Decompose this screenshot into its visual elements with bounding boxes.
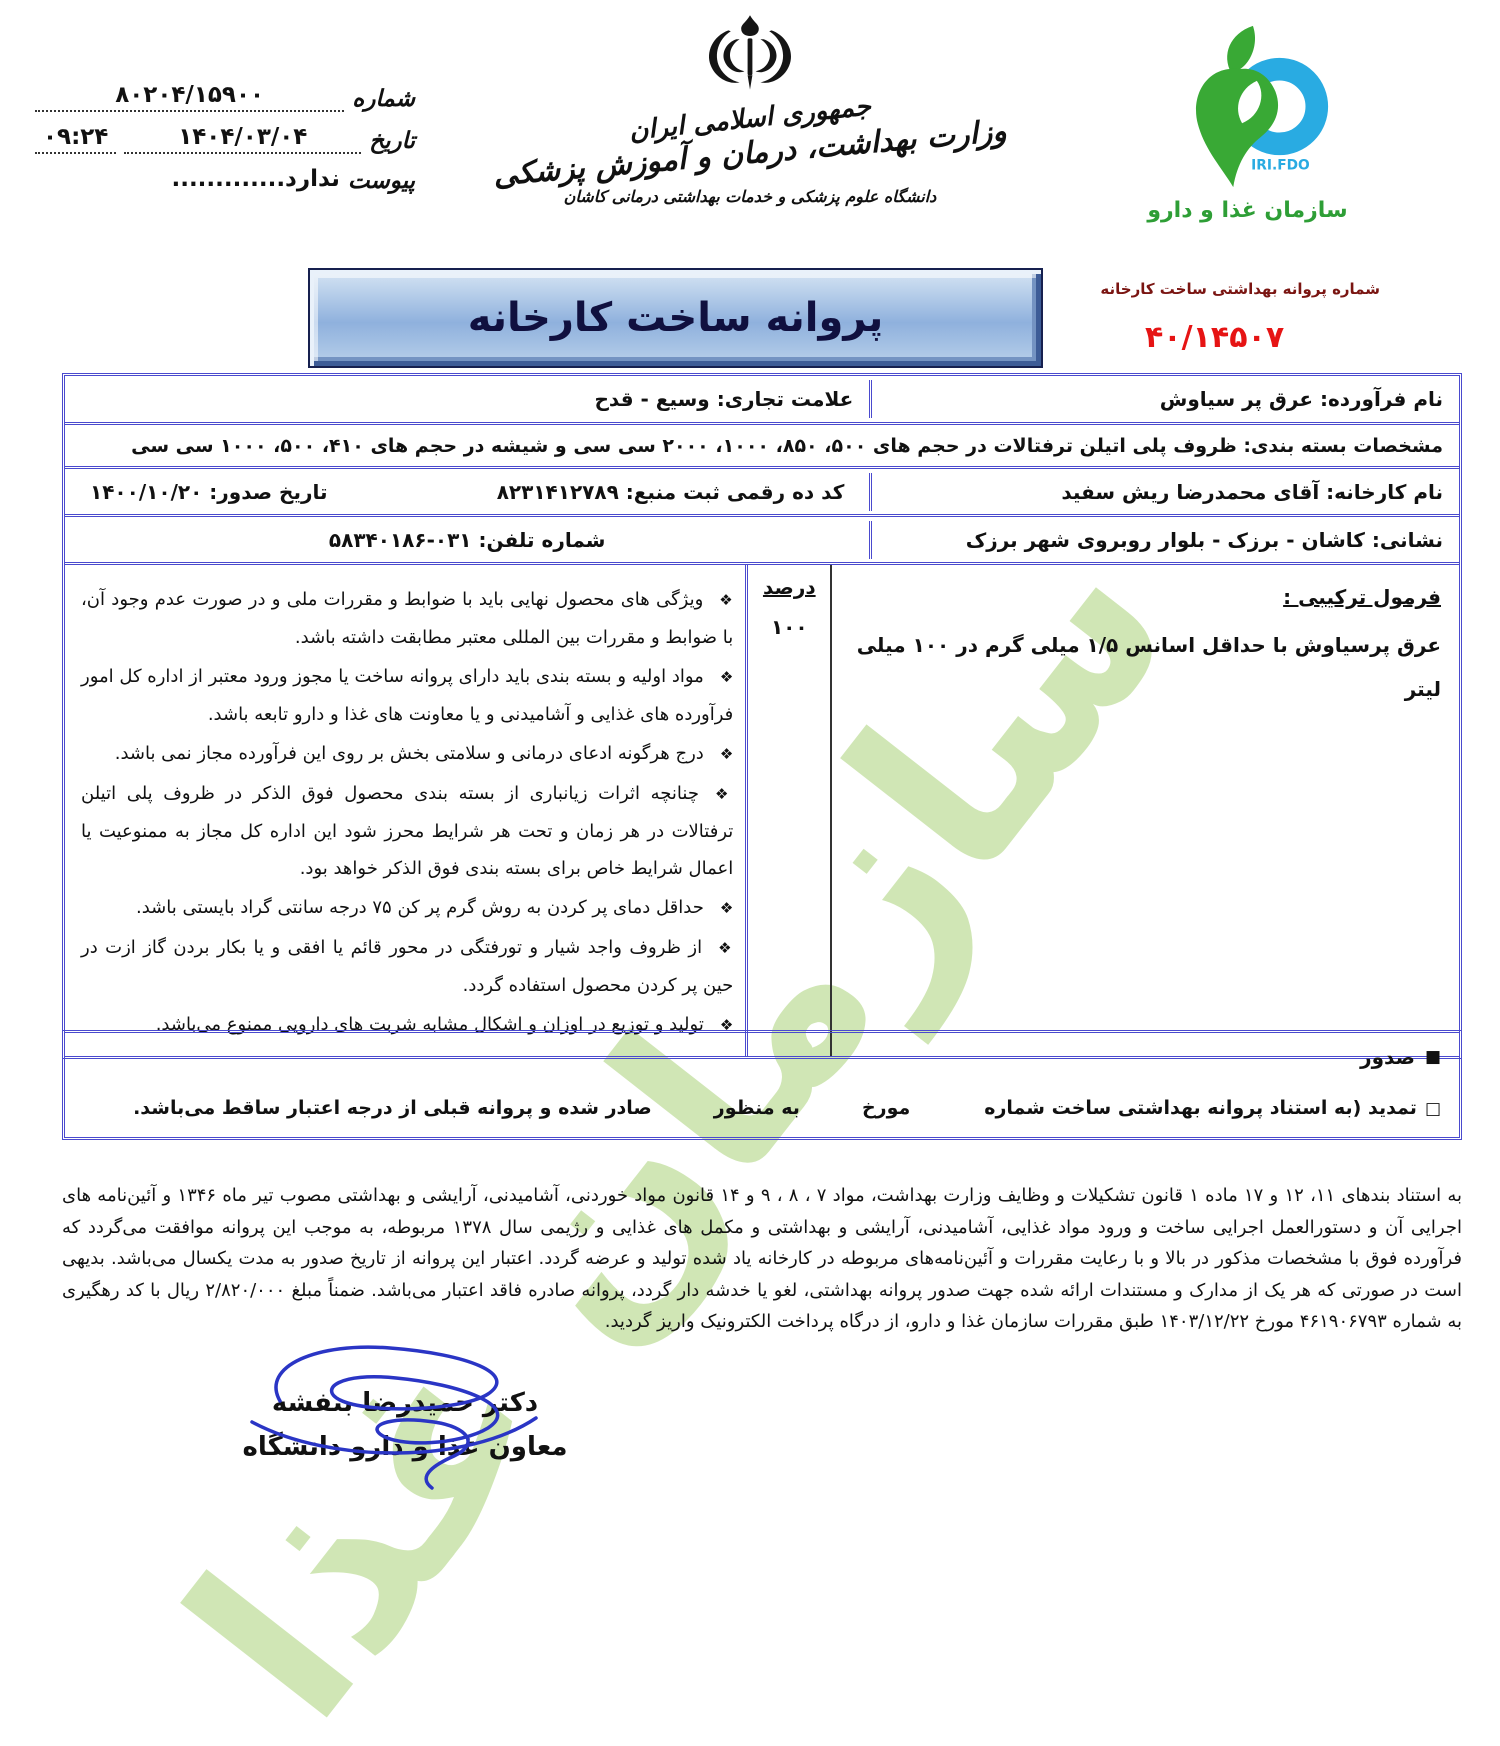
university-name: دانشگاه علوم پزشکی و خدمات بهداشتی درمان… xyxy=(470,187,1030,206)
condition-item: ❖درج هرگونه ادعای درمانی و سلامتی بخش بر… xyxy=(81,735,733,773)
issuance-line: ■ صدور xyxy=(83,1045,1441,1069)
renewal-prefix: تمدید (به استناد پروانه بهداشتی ساخت شما… xyxy=(984,1097,1417,1119)
condition-text: ویژگی های محصول نهایی باید با ضوابط و مق… xyxy=(81,589,733,648)
signatory-title: معاون غذا و دارو دانشگاه xyxy=(165,1432,645,1462)
table-row: نام کارخانه: آقای محمدرضا ریش سفید کد ده… xyxy=(65,466,1459,514)
diamond-bullet-icon: ❖ xyxy=(718,939,733,957)
fdo-org-name: سازمان غذا و دارو xyxy=(1120,198,1375,223)
factory-name-cell: نام کارخانه: آقای محمدرضا ریش سفید xyxy=(869,473,1459,511)
diamond-bullet-icon: ❖ xyxy=(715,785,733,803)
diamond-bullet-icon: ❖ xyxy=(720,899,733,917)
signature-block: دکتر حمیدرضا بنفشه معاون غذا و دارو دانش… xyxy=(165,1388,645,1462)
formula-title: فرمول ترکیبی : xyxy=(1283,575,1441,619)
ref-attachment-label: پیوست xyxy=(348,168,415,194)
ref-attachment-value: ندارد............. xyxy=(35,166,340,194)
phone-cell: شماره تلفن: ۰۳۱-۵۸۳۴۰۱۸۶ xyxy=(65,521,869,559)
ref-date-value: ۱۴۰۴/۰۳/۰۴ xyxy=(124,124,361,154)
permit-number-value: ۴۰/۱۴۵۰۷ xyxy=(1050,320,1380,355)
code-date-cell: کد ده رقمی ثبت منبع: ۸۲۳۱۴۱۲۷۸۹ تاریخ صد… xyxy=(65,473,869,511)
condition-text: حداقل دمای پر کردن به روش گرم پر کن ۷۵ د… xyxy=(136,897,704,918)
empty-checkbox-icon: □ xyxy=(1425,1099,1441,1119)
permit-number-block: شماره پروانه بهداشتی ساخت کارخانه ۴۰/۱۴۵… xyxy=(1050,280,1380,355)
source-code: کد ده رقمی ثبت منبع: ۸۲۳۱۴۱۲۷۸۹ xyxy=(497,480,845,504)
checked-square-icon: ■ xyxy=(1425,1047,1441,1067)
diamond-bullet-icon: ❖ xyxy=(720,745,733,763)
permit-data-table: نام فرآورده: عرق پر سیاوش علامت تجاری: و… xyxy=(62,373,1462,1059)
ref-number-line: شماره ۸۰۲۰۴/۱۵۹۰۰ xyxy=(35,82,415,112)
signatory-name: دکتر حمیدرضا بنفشه xyxy=(165,1388,645,1418)
ref-date-line: تاریخ ۱۴۰۴/۰۳/۰۴ ۰۹:۲۴ xyxy=(35,124,415,154)
permit-document-page: سازمان غذا و دارو شماره ۸۰۲۰۴/۱۵۹۰۰ تاری… xyxy=(0,0,1500,1746)
issue-date: تاریخ صدور: ۱۴۰۰/۱۰/۲۰ xyxy=(90,480,327,504)
condition-item: ❖ویژگی های محصول نهایی باید با ضوابط و م… xyxy=(81,581,733,656)
ref-number-label: شماره xyxy=(352,86,415,112)
packaging-cell: مشخصات بسته بندی: ظروف پلی اتیلن ترفتالا… xyxy=(65,428,1459,464)
renewal-line: □ تمدید (به استناد پروانه بهداشتی ساخت ش… xyxy=(83,1097,1441,1119)
iran-emblem-icon xyxy=(702,12,798,108)
condition-text: مواد اولیه و بسته بندی باید دارای پروانه… xyxy=(81,666,733,725)
formula-conditions-row: فرمول ترکیبی : عرق پرسیاوش با حداقل اسان… xyxy=(65,562,1459,1056)
issuance-label: صدور xyxy=(1360,1045,1415,1069)
issuance-section: ■ صدور □ تمدید (به استناد پروانه بهداشتی… xyxy=(62,1030,1462,1140)
formula-text-area: فرمول ترکیبی : عرق پرسیاوش با حداقل اسان… xyxy=(832,565,1459,1056)
ref-time-value: ۰۹:۲۴ xyxy=(35,124,116,154)
table-row: مشخصات بسته بندی: ظروف پلی اتیلن ترفتالا… xyxy=(65,422,1459,466)
document-title: پروانه ساخت کارخانه xyxy=(468,295,884,341)
renewal-purpose-label: به منظور xyxy=(714,1097,800,1119)
fdo-logo-block: IRI.FDO سازمان غذا و دارو xyxy=(1120,20,1375,223)
ref-attachment-line: پیوست ندارد............. xyxy=(35,166,415,194)
diamond-bullet-icon: ❖ xyxy=(719,591,733,609)
government-heading: جمهوری اسلامی ایران وزارت بهداشت، درمان … xyxy=(470,12,1030,206)
condition-item: ❖از ظروف واجد شیار و تورفتگی در محور قائ… xyxy=(81,929,733,1004)
formula-section: فرمول ترکیبی : عرق پرسیاوش با حداقل اسان… xyxy=(745,565,1459,1056)
fdo-logo-text: IRI.FDO xyxy=(1251,157,1310,173)
permit-number-label: شماره پروانه بهداشتی ساخت کارخانه xyxy=(1050,280,1380,298)
condition-text: درج هرگونه ادعای درمانی و سلامتی بخش بر … xyxy=(115,743,704,764)
table-row: نشانی: کاشان - برزک - بلوار روبروی شهر ب… xyxy=(65,514,1459,562)
conditions-section: ❖ویژگی های محصول نهایی باید با ضوابط و م… xyxy=(65,565,745,1056)
percent-header: درصد xyxy=(763,575,816,599)
address-cell: نشانی: کاشان - برزک - بلوار روبروی شهر ب… xyxy=(869,521,1459,559)
condition-item: ❖مواد اولیه و بسته بندی باید دارای پروان… xyxy=(81,658,733,733)
diamond-bullet-icon: ❖ xyxy=(720,668,733,686)
table-row: نام فرآورده: عرق پر سیاوش علامت تجاری: و… xyxy=(65,376,1459,422)
product-name-cell: نام فرآورده: عرق پر سیاوش xyxy=(869,380,1459,418)
title-banner: پروانه ساخت کارخانه xyxy=(308,268,1043,368)
ref-number-value: ۸۰۲۰۴/۱۵۹۰۰ xyxy=(35,82,344,112)
fdo-logo-icon: IRI.FDO xyxy=(1164,20,1332,192)
formula-ingredient: عرق پرسیاوش با حداقل اسانس ۱/۵ میلی گرم … xyxy=(850,623,1441,711)
condition-text: چنانچه اثرات زیانباری از بسته بندی محصول… xyxy=(81,783,733,879)
condition-text: از ظروف واجد شیار و تورفتگی در محور قائم… xyxy=(81,937,733,996)
condition-item: ❖حداقل دمای پر کردن به روش گرم پر کن ۷۵ … xyxy=(81,889,733,927)
renewal-suffix: صادر شده و پروانه قبلی از درجه اعتبار سا… xyxy=(133,1097,652,1119)
trademark-cell: علامت تجاری: وسیع - قدح xyxy=(65,380,869,418)
reference-block: شماره ۸۰۲۰۴/۱۵۹۰۰ تاریخ ۱۴۰۴/۰۳/۰۴ ۰۹:۲۴… xyxy=(35,82,415,206)
percent-value: ۱۰۰ xyxy=(748,615,830,639)
legal-paragraph: به استناد بندهای ۱۱، ۱۲ و ۱۷ ماده ۱ قانو… xyxy=(62,1180,1462,1338)
ref-date-label: تاریخ xyxy=(369,128,415,154)
renewal-date-label: مورخ xyxy=(862,1097,910,1119)
condition-item: ❖چنانچه اثرات زیانباری از بسته بندی محصو… xyxy=(81,775,733,887)
percent-column: درصد ۱۰۰ xyxy=(748,565,832,1056)
